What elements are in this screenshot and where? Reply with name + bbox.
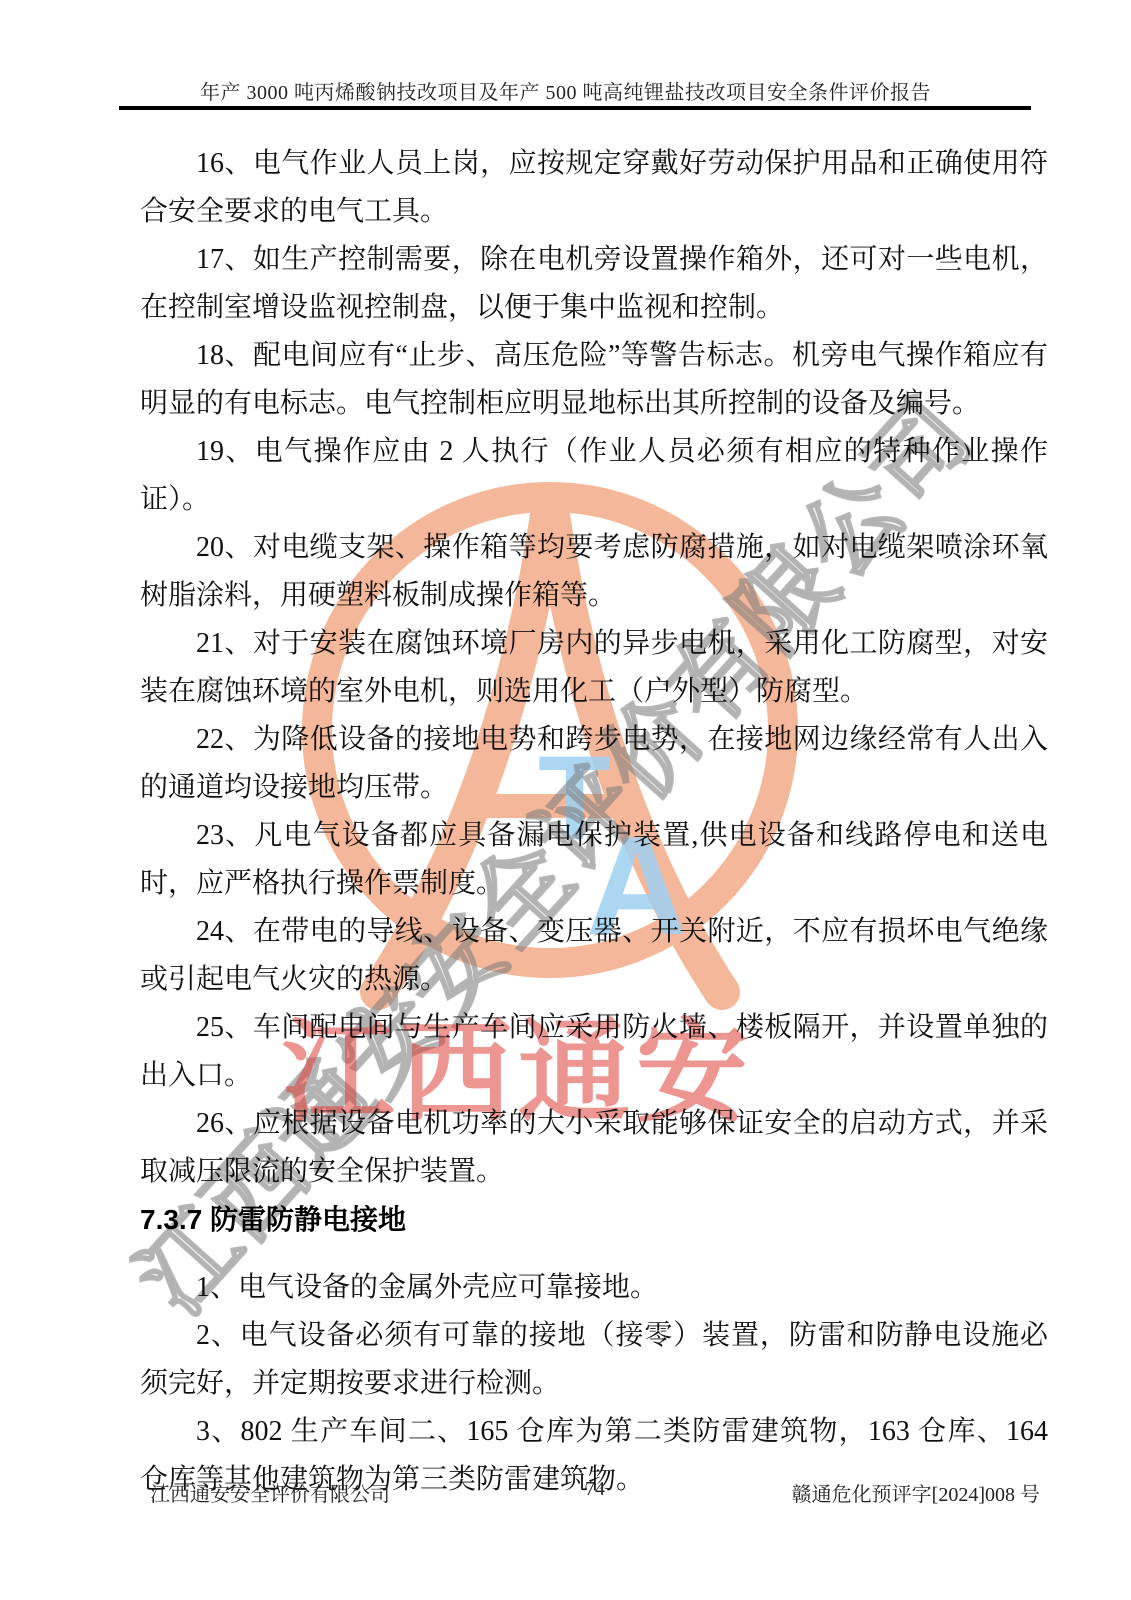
document-body: 16、电气作业人员上岗，应按规定穿戴好劳动保护用品和正确使用符合安全要求的电气工… xyxy=(140,140,1048,1504)
paragraph-19: 19、电气操作应由 2 人执行（作业人员必须有相应的特种作业操作证）。 xyxy=(140,428,1048,524)
content-layer: 年产 3000 吨丙烯酸钠技改项目及年产 500 吨高纯锂盐技改项目安全条件评价… xyxy=(0,0,1131,1600)
paragraph-22: 22、为降低设备的接地电势和跨步电势，在接地网边缘经常有人出入的通道均设接地均压… xyxy=(140,716,1048,812)
header-rule xyxy=(119,106,1031,110)
paragraph-18: 18、配电间应有“止步、高压危险”等警告标志。机旁电气操作箱应有明显的有电标志。… xyxy=(140,332,1048,428)
paragraph-20: 20、对电缆支架、操作箱等均要考虑防腐措施，如对电缆架喷涂环氧树脂涂料，用硬塑料… xyxy=(140,524,1048,620)
footer-document-number: 赣通危化预评字[2024]008 号 xyxy=(792,1478,1040,1507)
paragraph-23: 23、凡电气设备都应具备漏电保护装置,供电设备和线路停电和送电时，应严格执行操作… xyxy=(140,812,1048,908)
page-header-title: 年产 3000 吨丙烯酸钠技改项目及年产 500 吨高纯锂盐技改项目安全条件评价… xyxy=(0,76,1131,105)
document-page: T A 江西通安安全评价有限公司 江西通安 年产 3000 吨丙烯酸钠技改项目及… xyxy=(0,0,1131,1600)
paragraph-24: 24、在带电的导线、设备、变压器、开关附近，不应有损坏电气绝缘或引起电气火灾的热… xyxy=(140,908,1048,1004)
paragraph-17: 17、如生产控制需要，除在电机旁设置操作箱外，还可对一些电机，在控制室增设监视控… xyxy=(140,236,1048,332)
paragraph-26: 26、应根据设备电机功率的大小采取能够保证安全的启动方式，并采取减压限流的安全保… xyxy=(140,1100,1048,1196)
sub-paragraph-2: 2、电气设备必须有可靠的接地（接零）装置，防雷和防静电设施必须完好，并定期按要求… xyxy=(140,1312,1048,1408)
footer-company-name: 江西通安安全评价有限公司 xyxy=(150,1478,390,1507)
paragraph-21: 21、对于安装在腐蚀环境厂房内的异步电机，采用化工防腐型，对安装在腐蚀环境的室外… xyxy=(140,620,1048,716)
section-heading-7-3-7: 7.3.7 防雷防静电接地 xyxy=(140,1196,1048,1244)
paragraph-16: 16、电气作业人员上岗，应按规定穿戴好劳动保护用品和正确使用符合安全要求的电气工… xyxy=(140,140,1048,236)
sub-paragraph-1: 1、电气设备的金属外壳应可靠接地。 xyxy=(140,1264,1048,1312)
paragraph-25: 25、车间配电间与生产车间应采用防火墙、楼板隔开，并设置单独的出入口。 xyxy=(140,1004,1048,1100)
